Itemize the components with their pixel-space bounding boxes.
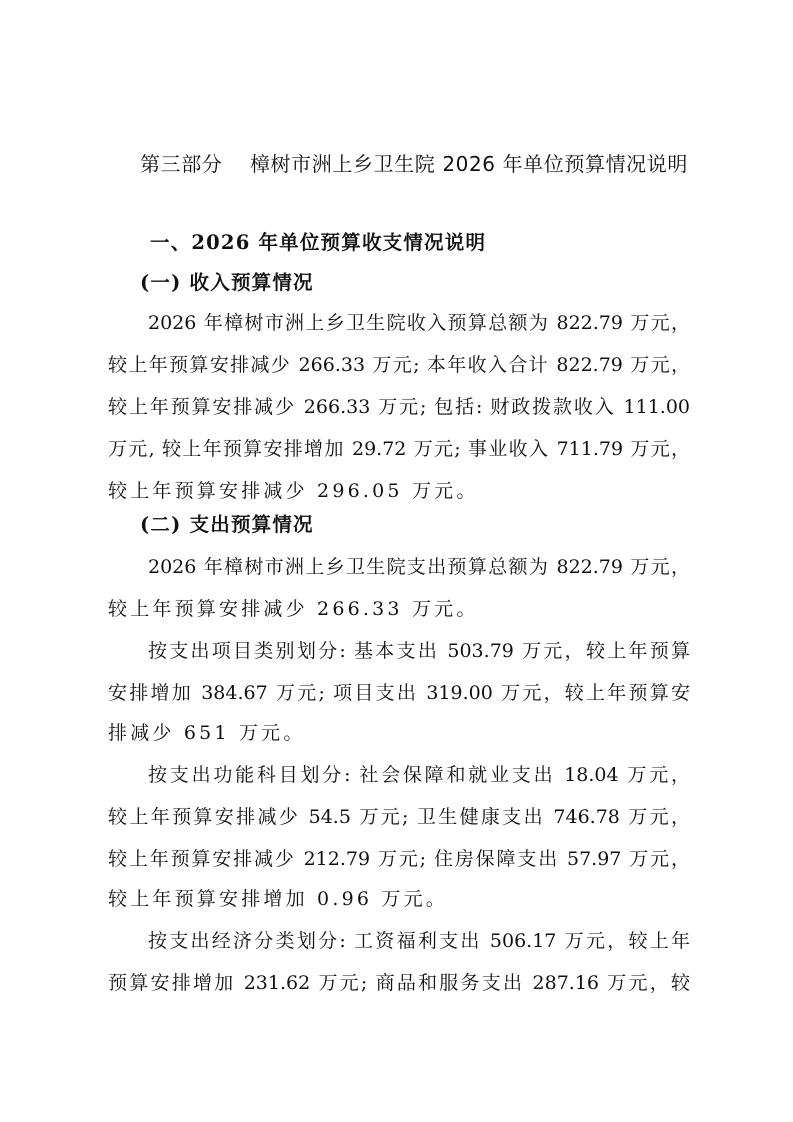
expenditure-heading: (二) 支出预算情况	[140, 512, 314, 538]
expenditure-line: 按支出项目类别划分: 基本支出 503.79 万元，较上年预算	[148, 638, 690, 664]
expenditure-line: 2026 年樟树市洲上乡卫生院支出预算总额为 822.79 万元，	[148, 554, 690, 580]
income-line: 万元, 较上年预算安排增加 29.72 万元; 事业收入 711.79 万元，	[108, 436, 690, 462]
expenditure-line: 较上年预算安排减少 212.79 万元; 住房保障支出 57.97 万元，	[108, 846, 690, 872]
expenditure-line: 较上年预算安排减少 54.5 万元; 卫生健康支出 746.78 万元，	[108, 804, 690, 830]
income-line: 较上年预算安排减少 266.33 万元; 包括: 财政拨款收入 111.00	[108, 394, 690, 420]
income-heading: (一) 收入预算情况	[140, 270, 314, 296]
expenditure-line: 按支出经济分类划分: 工资福利支出 506.17 万元，较上年	[148, 928, 690, 954]
expenditure-line: 按支出功能科目划分: 社会保障和就业支出 18.04 万元，	[148, 762, 690, 788]
income-line: 较上年预算安排减少 266.33 万元; 本年收入合计 822.79 万元，	[108, 352, 690, 378]
expenditure-line: 安排增加 384.67 万元; 项目支出 319.00 万元，较上年预算安	[108, 680, 690, 706]
expenditure-line: 较上年预算安排增加 0.96 万元。	[108, 886, 448, 912]
document-page: 第三部分 樟树市洲上乡卫生院 2026 年单位预算情况说明 一、2026 年单位…	[0, 0, 793, 1122]
expenditure-line: 较上年预算安排减少 266.33 万元。	[108, 596, 479, 622]
income-line: 2026 年樟树市洲上乡卫生院收入预算总额为 822.79 万元，	[148, 310, 690, 336]
document-title: 第三部分 樟树市洲上乡卫生院 2026 年单位预算情况说明	[140, 150, 688, 178]
income-line: 较上年预算安排减少 296.05 万元。	[108, 478, 479, 504]
expenditure-line: 预算安排增加 231.62 万元; 商品和服务支出 287.16 万元，较	[108, 970, 690, 996]
section-heading: 一、2026 年单位预算收支情况说明	[150, 230, 486, 256]
expenditure-line: 排减少 651 万元。	[108, 720, 306, 746]
